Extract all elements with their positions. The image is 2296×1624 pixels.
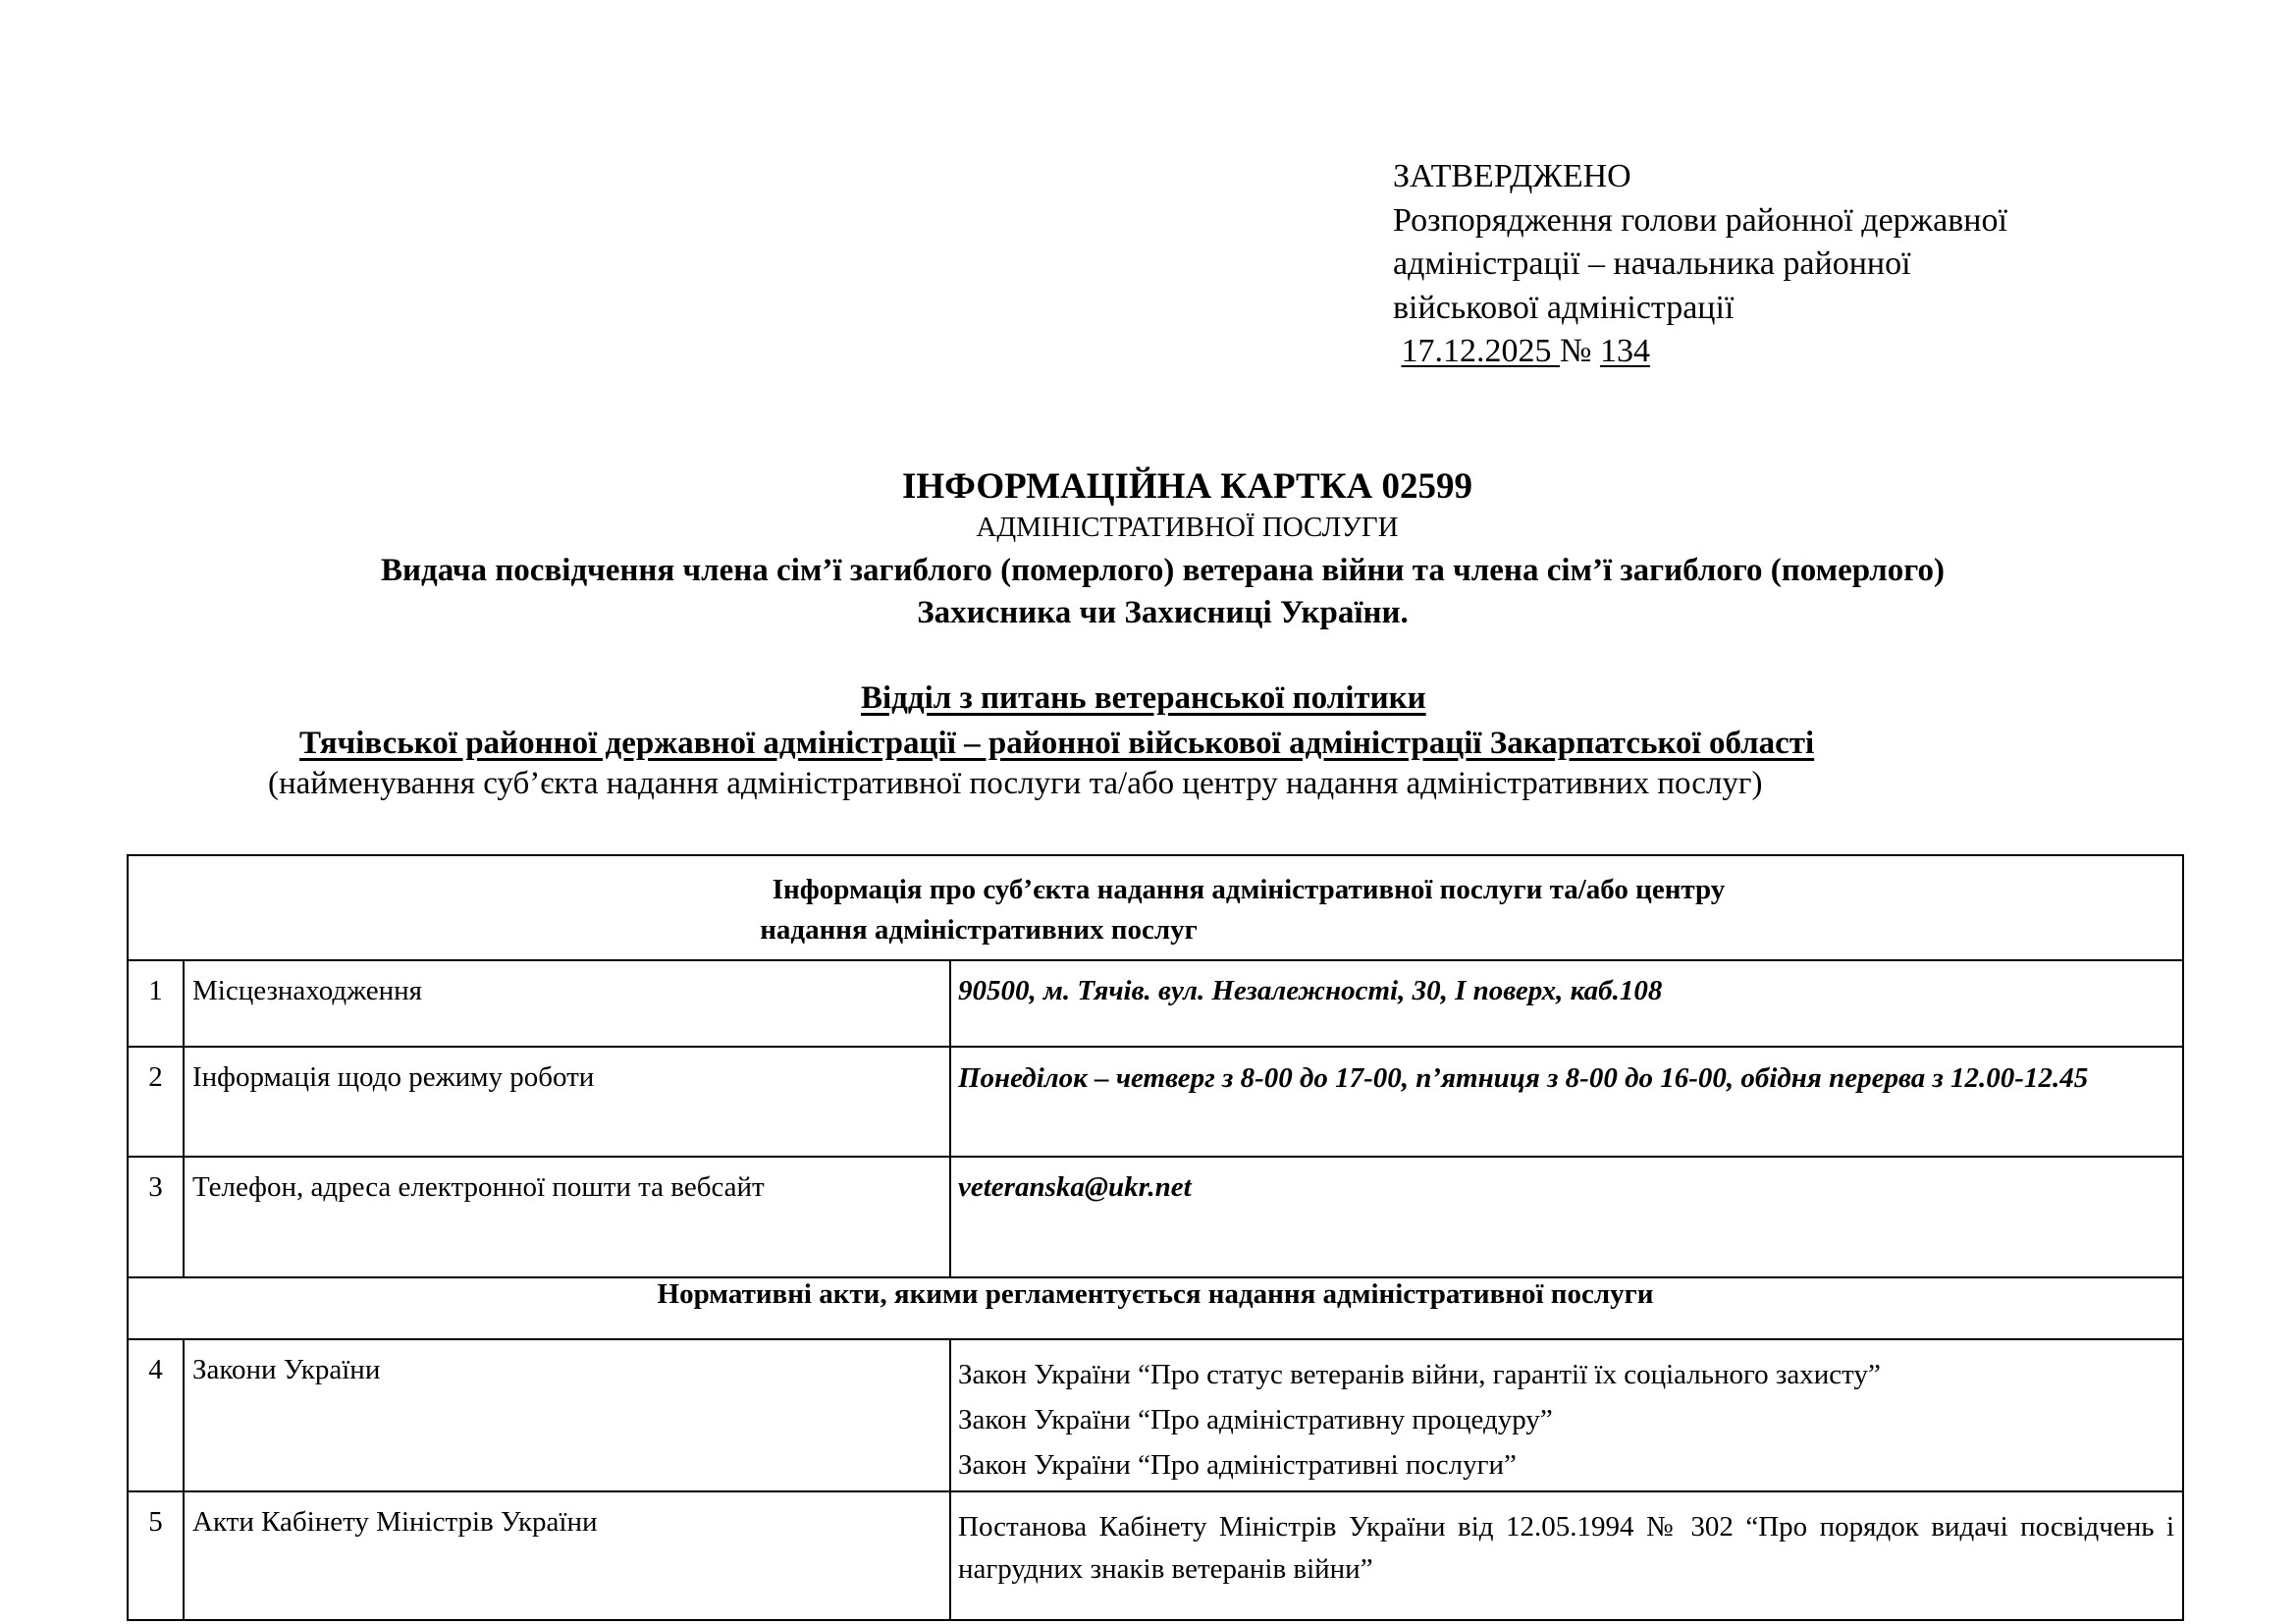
- law-item: Закон України “Про адміністративні послу…: [958, 1442, 2178, 1488]
- row-value-address: 90500, м. Тячів. вул. Незалежності, 30, …: [950, 960, 2183, 1047]
- approval-number: 134: [1600, 333, 1650, 369]
- row-number: 3: [128, 1157, 184, 1277]
- section-header-line: надання адміністративних послуг: [129, 910, 2182, 950]
- approval-line: військової адміністрації: [1393, 287, 2007, 331]
- service-title-line: Захисника чи Захисниці України.: [29, 592, 2296, 634]
- law-item: Закон України “Про статус ветеранів війн…: [958, 1352, 2178, 1397]
- row-number: 2: [128, 1047, 184, 1157]
- approval-line: адміністрації – начальника районної: [1393, 243, 2007, 287]
- row-label: Місцезнаходження: [184, 960, 950, 1047]
- approval-block: ЗАТВЕРДЖЕНО Розпорядження голови районно…: [1393, 155, 2007, 374]
- row-label: Акти Кабінету Міністрів України: [184, 1491, 950, 1620]
- approval-date: 17.12.2025: [1402, 333, 1561, 369]
- section-header-provider: Інформація про суб’єкта надання адмініст…: [128, 855, 2183, 960]
- table-row: 2 Інформація щодо режиму роботи Понеділо…: [128, 1047, 2183, 1157]
- row-value-schedule: Понеділок – четверг з 8-00 до 17-00, п’я…: [950, 1047, 2183, 1157]
- service-title-line: Видача посвідчення члена сім’ї загиблого…: [29, 550, 2296, 592]
- table-row: 1 Місцезнаходження 90500, м. Тячів. вул.…: [128, 960, 2183, 1047]
- table-row: 3 Телефон, адреса електронної пошти та в…: [128, 1157, 2183, 1277]
- approval-heading: ЗАТВЕРДЖЕНО: [1393, 155, 2007, 199]
- law-item: Закон України “Про адміністративну проце…: [958, 1397, 2178, 1442]
- row-label: Телефон, адреса електронної пошти та веб…: [184, 1157, 950, 1277]
- provider-department: Відділ з питань ветеранської політики: [861, 680, 1426, 717]
- table-row: 4 Закони України Закон України “Про стат…: [128, 1339, 2183, 1491]
- row-label: Закони України: [184, 1339, 950, 1491]
- provider-note: (найменування суб’єкта надання адміністр…: [268, 766, 1762, 802]
- section-header-regulations: Нормативні акти, якими регламентується н…: [128, 1277, 2183, 1339]
- row-value-laws: Закон України “Про статус ветеранів війн…: [950, 1339, 2183, 1491]
- section-header-text: Нормативні акти, якими регламентується н…: [128, 1277, 2183, 1339]
- row-number: 1: [128, 960, 184, 1047]
- service-title: Видача посвідчення члена сім’ї загиблого…: [0, 550, 2296, 634]
- table-row: 5 Акти Кабінету Міністрів України Постан…: [128, 1491, 2183, 1620]
- section-header-line: Інформація про суб’єкта надання адмініст…: [129, 870, 2182, 910]
- approval-date-number: 17.12.2025 № 134: [1393, 330, 2007, 374]
- info-table: Інформація про суб’єкта надання адмініст…: [127, 854, 2184, 1621]
- provider-administration: Тячівської районної державної адміністра…: [299, 726, 1814, 762]
- row-number: 5: [128, 1491, 184, 1620]
- number-sign: №: [1560, 333, 1600, 369]
- row-value-resolution: Постанова Кабінету Міністрів України від…: [950, 1491, 2183, 1620]
- approval-line: Розпорядження голови районної державної: [1393, 199, 2007, 244]
- row-value-email: veteranska@ukr.net: [950, 1157, 2183, 1277]
- row-number: 4: [128, 1339, 184, 1491]
- card-title: ІНФОРМАЦІЙНА КАРТКА 02599: [0, 465, 2296, 508]
- row-label: Інформація щодо режиму роботи: [184, 1047, 950, 1157]
- card-subtitle: АДМІНІСТРАТИВНОЇ ПОСЛУГИ: [0, 512, 2296, 544]
